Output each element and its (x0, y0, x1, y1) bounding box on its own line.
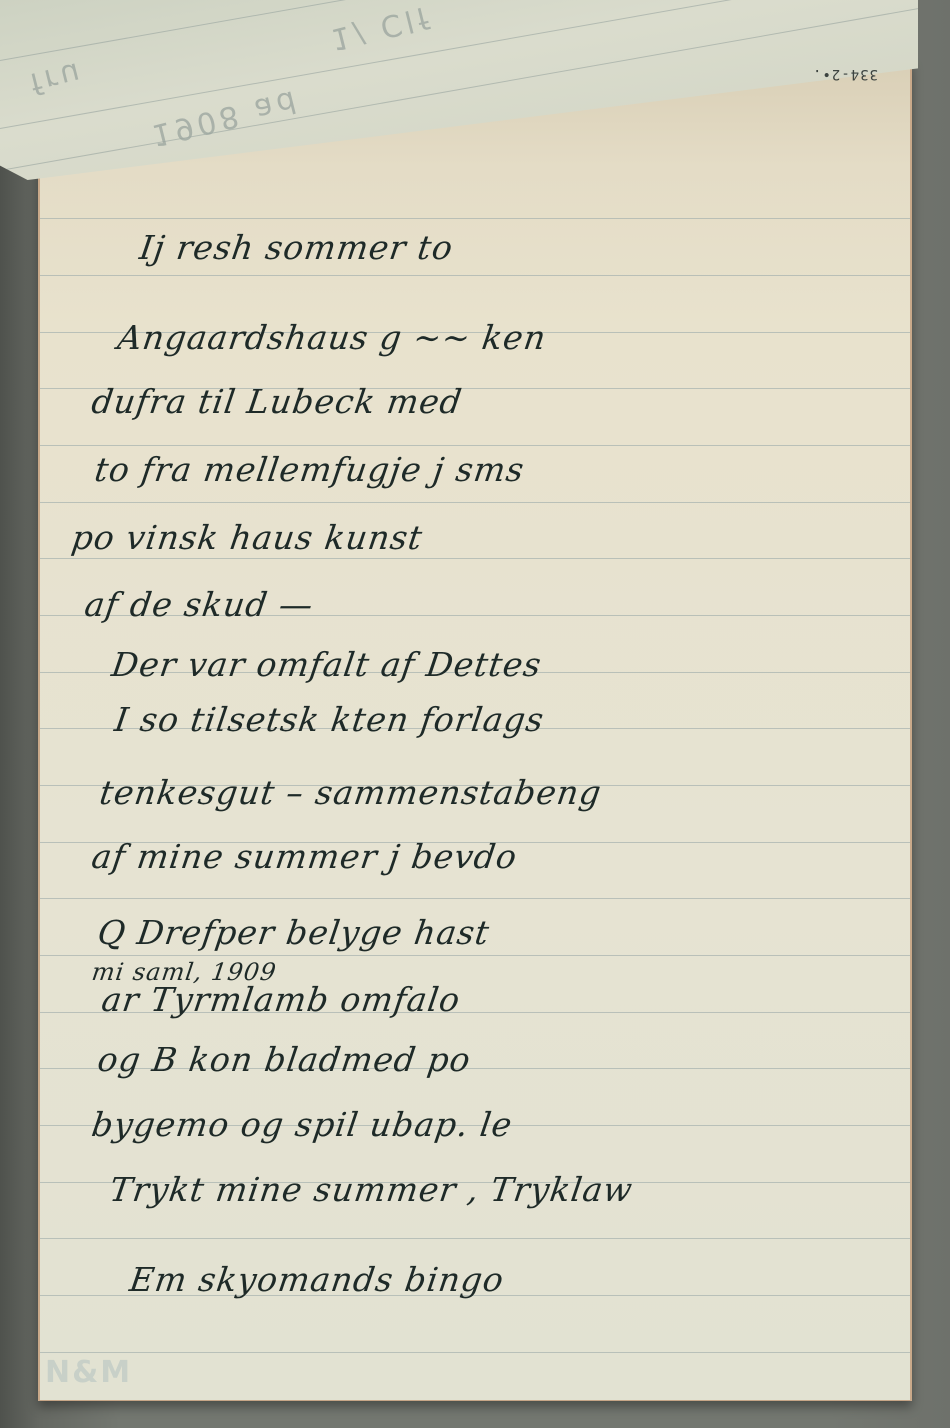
reference-prefix: •. (812, 66, 831, 82)
handwritten-line: af mine summer j bevdo (89, 837, 520, 876)
ruled-line (40, 1352, 910, 1353)
handwritten-line: bygemo og spil ubap. le (89, 1105, 515, 1144)
ruled-line (40, 275, 910, 276)
ruled-line (40, 218, 910, 219)
ruled-line (40, 1238, 910, 1239)
folded-page-text: 1/ Clf (327, 0, 435, 57)
folded-page-text: 1908 ad (148, 82, 303, 153)
handwritten-line: Der var omfalt af Dettes (109, 645, 544, 684)
handwritten-line: Ij resh sommer to (137, 228, 456, 267)
handwritten-line: I so tilsetsk kten forlags (112, 700, 546, 739)
archive-stamp: N&M (45, 1355, 132, 1390)
handwritten-line: ar Tyrmlamb omfalo (99, 980, 463, 1019)
handwritten-line: af de skud — (82, 585, 316, 624)
ruled-line (40, 558, 910, 559)
handwritten-line: Angaardshaus g ~~ ken (115, 318, 549, 357)
handwritten-line: dufra til Lubeck med (89, 382, 465, 421)
archive-reference-number: 334-2•. (812, 66, 878, 82)
handwritten-line: tenkesgut – sammenstabeng (97, 773, 604, 812)
handwritten-line: Trykt mine summer , Tryklaw (107, 1170, 635, 1209)
handwritten-line: to fra mellemfugje j sms (92, 450, 527, 489)
handwritten-line: og B kon bladmed po (95, 1040, 473, 1079)
handwritten-line: Q Drefper belyge hast (95, 913, 492, 952)
ruled-line (40, 502, 910, 503)
handwritten-line: po vinsk haus kunst (69, 518, 425, 557)
ruled-line (40, 445, 910, 446)
ruled-line (40, 898, 910, 899)
ruled-line (40, 955, 910, 956)
folded-page-text: fru (27, 54, 88, 101)
reference-value: 334-2 (831, 66, 878, 82)
ruled-line (0, 0, 946, 61)
handwritten-line: Em skyomands bingo (127, 1260, 506, 1299)
